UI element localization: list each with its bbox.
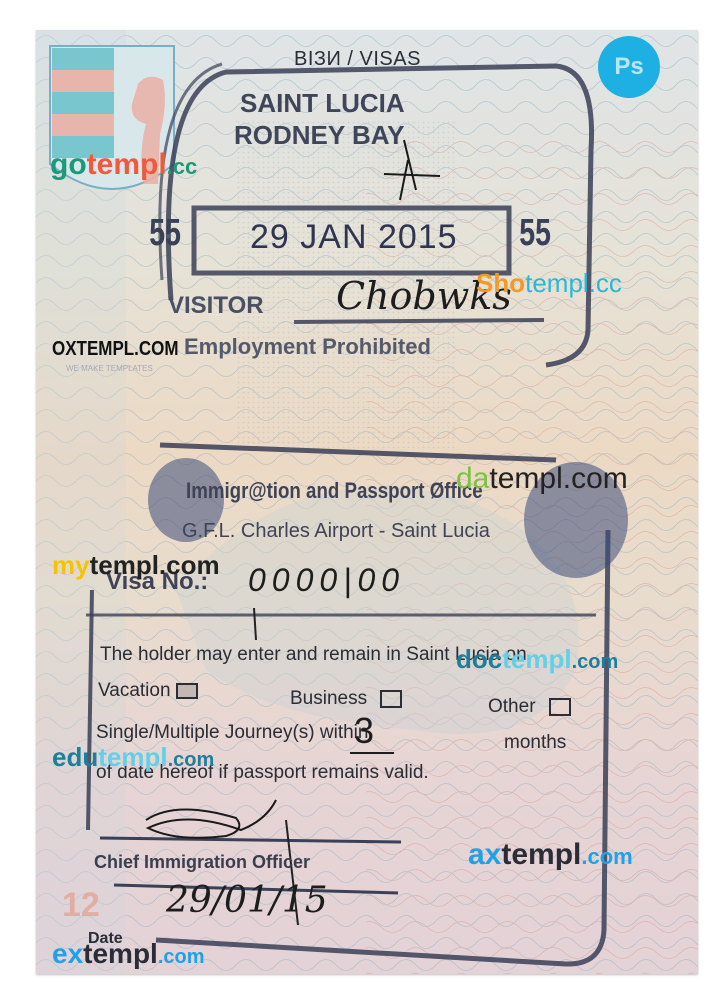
wm-part: my xyxy=(52,550,90,580)
wm-part: edu xyxy=(52,742,98,772)
watermark-doctempl: doctempl.com xyxy=(456,644,618,675)
wm-part: .com xyxy=(581,844,632,869)
watermark-datempl: datempl.com xyxy=(456,462,628,496)
stamp-country: SAINT LUCIA xyxy=(240,88,405,119)
wm-part: templ xyxy=(501,838,581,871)
wm-part: ax xyxy=(468,838,501,871)
option-other: Other xyxy=(488,696,571,718)
vacation-checkbox xyxy=(176,683,198,699)
option-vacation-label: Vacation xyxy=(98,680,171,701)
stamp-number-left: 55 xyxy=(149,212,181,255)
wm-part: .com xyxy=(158,946,205,968)
stamp-port: RODNEY BAY xyxy=(234,120,405,151)
employment-restriction: Employment Prohibited xyxy=(184,334,431,360)
wm-part: ex xyxy=(52,938,83,969)
wm-part: templ.com xyxy=(489,462,627,495)
entry-date: 29 JAN 2015 xyxy=(250,218,458,257)
journey-text: Single/Multiple Journey(s) within xyxy=(96,722,368,744)
watermark-axtempl: axtempl.com xyxy=(468,838,633,872)
visa-no-value: 0000|00 xyxy=(248,562,405,599)
wm-part: .com xyxy=(168,749,215,771)
stamp-number-right: 55 xyxy=(519,212,551,255)
months-label: months xyxy=(504,732,566,754)
watermark-extempl: extempl.com xyxy=(52,938,205,970)
officer-label: Chief Immigration Officer xyxy=(94,852,310,873)
issue-date-value: 29/01/15 xyxy=(166,880,328,921)
watermark-gotempl: gotempl.cc xyxy=(50,148,197,182)
option-business: Business xyxy=(290,688,402,710)
wm-part: templ.com xyxy=(90,550,220,580)
option-business-label: Business xyxy=(290,688,367,709)
wm-part: da xyxy=(456,462,489,495)
watermark-oxtempl-tagline: WE MAKE TEMPLATES xyxy=(66,364,153,373)
journey-months-value: 3 xyxy=(350,710,394,754)
watermark-edutempl: edutempl.com xyxy=(52,742,214,773)
option-vacation: Vacation xyxy=(98,680,198,702)
watermark-mytempl: mytempl.com xyxy=(52,550,220,581)
wm-part: templ.cc xyxy=(525,268,622,298)
wm-part: templ xyxy=(87,148,167,181)
wm-part: doc xyxy=(456,644,502,674)
wm-part: Sho xyxy=(476,268,525,298)
watermark-shotempl: Shotempl.cc xyxy=(476,268,622,299)
office-name: Immigr@tion and Passport Øffice xyxy=(186,478,483,504)
wm-part: templ xyxy=(83,938,158,969)
wm-part: go xyxy=(50,148,87,181)
passport-page: Ps ВІЗИ / VISAS SAINT LUCIA RODNEY BAY 5… xyxy=(36,30,698,974)
other-checkbox xyxy=(549,698,571,716)
wm-part: .com xyxy=(572,651,619,673)
wm-part: templ xyxy=(98,742,167,772)
page-number: 12 xyxy=(62,886,100,925)
office-location: G.F.L. Charles Airport - Saint Lucia xyxy=(182,520,490,543)
business-checkbox xyxy=(380,690,402,708)
wm-part: .cc xyxy=(167,154,198,179)
visitor-label: VISITOR xyxy=(168,292,264,320)
watermark-oxtempl: OXTEMPL.COM xyxy=(52,338,179,361)
wm-part: templ xyxy=(502,644,571,674)
option-other-label: Other xyxy=(488,696,536,717)
